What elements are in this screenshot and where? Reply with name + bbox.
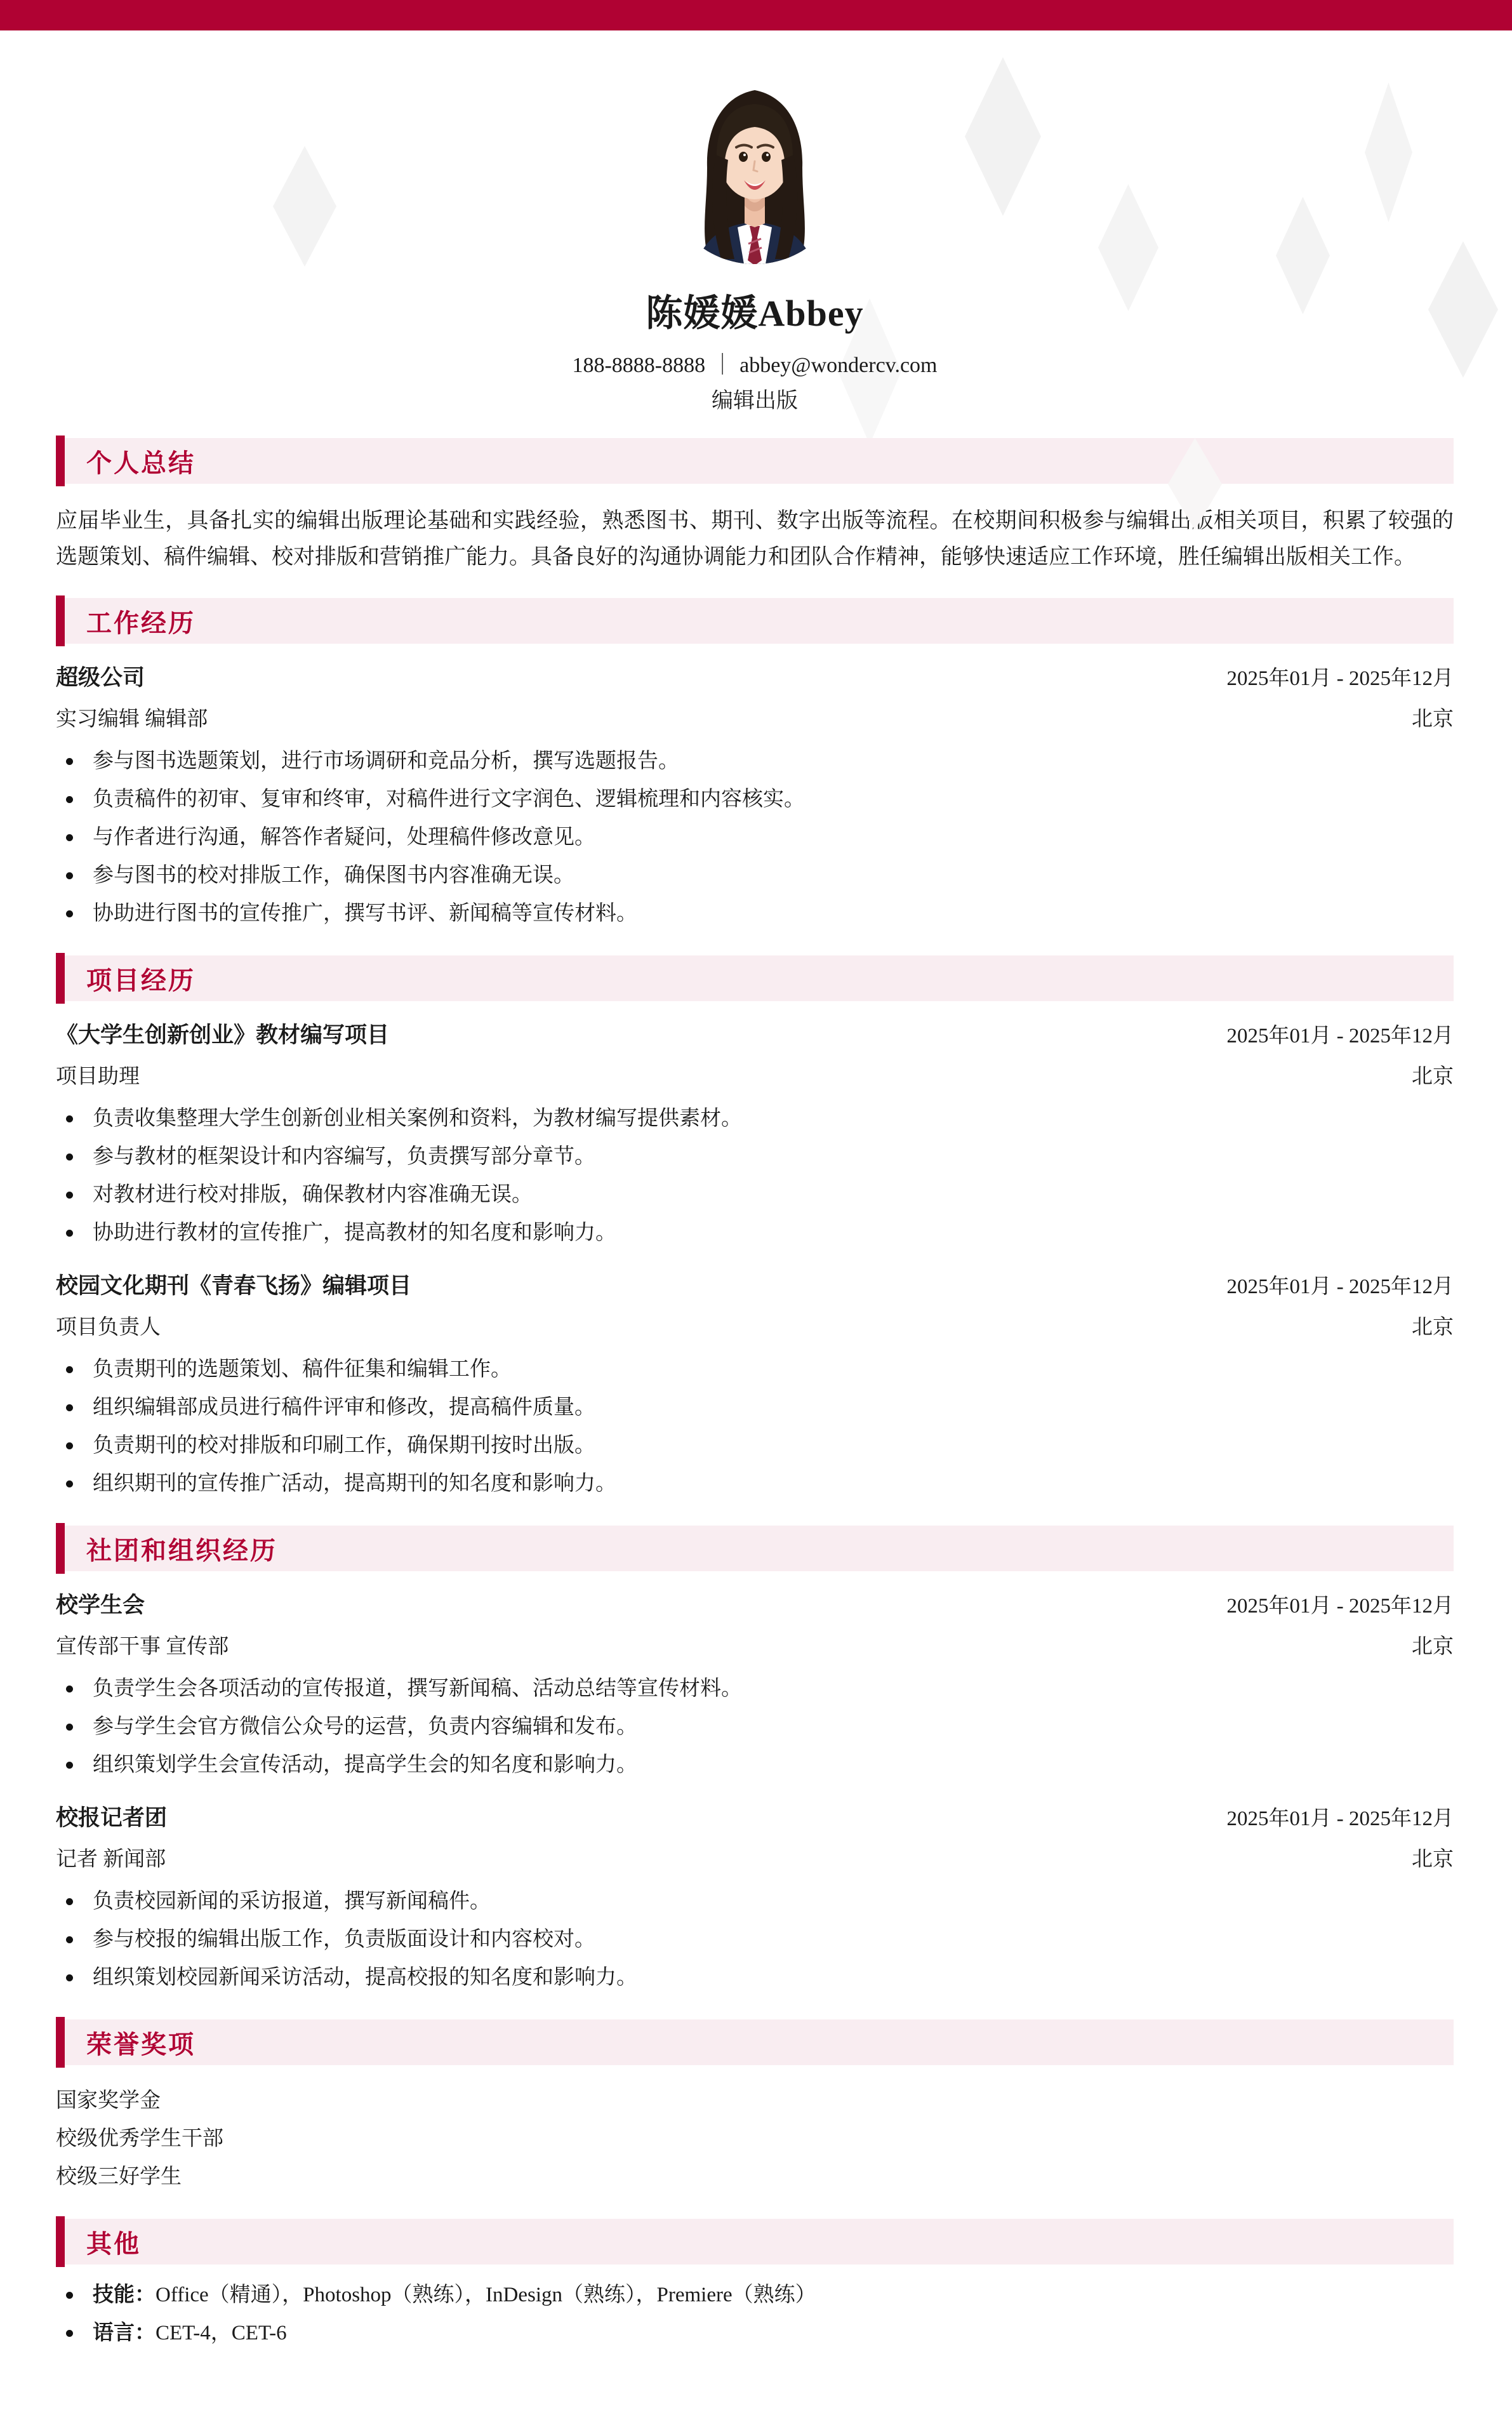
bullet-text: Office（精通），Photoshop（熟练），InDesign（熟练），Pr… — [156, 2284, 816, 2306]
labeled-bullet-item: 语言：CET-4，CET-6 — [56, 2314, 1454, 2352]
resume-section: 个人总结 应届毕业生，具备扎实的编辑出版理论基础和实践经验，熟悉图书、期刊、数字… — [56, 438, 1454, 575]
bullet-item: 与作者进行沟通，解答作者疑问，处理稿件修改意见。 — [56, 818, 1454, 856]
bullet-dot — [66, 1480, 73, 1487]
entry-date-range: 2025年01月 - 2025年12月 — [1227, 1273, 1454, 1301]
section-title: 个人总结 — [56, 443, 196, 479]
entry-location: 北京 — [1412, 705, 1454, 733]
entry-sub-row: 宣传部干事 宣传部 北京 — [56, 1633, 1454, 1661]
experience-entry: 校学生会 2025年01月 - 2025年12月 宣传部干事 宣传部 北京 — [56, 1592, 1454, 1784]
bullet-item: 参与学生会官方微信公众号的运营，负责内容编辑和发布。 — [56, 1708, 1454, 1746]
entry-date-range: 2025年01月 - 2025年12月 — [1227, 1592, 1454, 1620]
entry-head-row: 校报记者团 2025年01月 - 2025年12月 — [56, 1804, 1454, 1833]
summary-paragraph: 应届毕业生，具备扎实的编辑出版理论基础和实践经验，熟悉图书、期刊、数字出版等流程… — [56, 503, 1454, 575]
bullet-text: 负责收集整理大学生创新创业相关案例和资料，为教材编写提供素材。 — [93, 1107, 742, 1130]
section-header: 项目经历 — [56, 955, 1454, 1001]
email-address: abbey@wondercv.com — [739, 354, 937, 377]
section-accent-bar — [56, 2216, 65, 2267]
entry-sub-row: 项目负责人 北京 — [56, 1313, 1454, 1341]
bullet-item: 参与图书的校对排版工作，确保图书内容准确无误。 — [56, 856, 1454, 894]
bullet-item: 组织策划校园新闻采访活动，提高校报的知名度和影响力。 — [56, 1959, 1454, 1997]
entry-head-row: 《大学生创新创业》教材编写项目 2025年01月 - 2025年12月 — [56, 1021, 1454, 1050]
bullet-text: 协助进行图书的宣传推广，撰写书评、新闻稿等宣传材料。 — [93, 902, 637, 925]
bullet-text: 与作者进行沟通，解答作者疑问，处理稿件修改意见。 — [93, 826, 595, 849]
job-target: 编辑出版 — [56, 387, 1454, 415]
bullet-dot — [66, 1686, 73, 1692]
section-title: 其他 — [56, 2224, 141, 2260]
bullet-item: 负责收集整理大学生创新创业相关案例和资料，为教材编写提供素材。 — [56, 1100, 1454, 1138]
entry-head-row: 校园文化期刊《青春飞扬》编辑项目 2025年01月 - 2025年12月 — [56, 1272, 1454, 1301]
bullet-item: 协助进行教材的宣传推广，提高教材的知名度和影响力。 — [56, 1214, 1454, 1252]
bullet-dot — [66, 1724, 73, 1731]
section-title: 工作经历 — [56, 603, 196, 639]
honor-list: 国家奖学金校级优秀学生干部校级三好学生 — [56, 2082, 1454, 2196]
bullet-text: 协助进行教材的宣传推广，提高教材的知名度和影响力。 — [93, 1221, 616, 1244]
entry-title: 校园文化期刊《青春飞扬》编辑项目 — [56, 1272, 411, 1300]
contact-line: 188-8888-8888｜abbey@wondercv.com — [56, 352, 1454, 380]
bullet-text: 参与图书的校对排版工作，确保图书内容准确无误。 — [93, 864, 574, 887]
bullet-item: 负责期刊的选题策划、稿件征集和编辑工作。 — [56, 1350, 1454, 1388]
bullet-item: 参与校报的编辑出版工作，负责版面设计和内容校对。 — [56, 1920, 1454, 1959]
bullet-item: 对教材进行校对排版，确保教材内容准确无误。 — [56, 1176, 1454, 1214]
bullet-dot — [66, 1442, 73, 1449]
section-accent-bar — [56, 953, 65, 1004]
bullet-text: 组织策划校园新闻采访活动，提高校报的知名度和影响力。 — [93, 1966, 637, 1989]
section-header: 其他 — [56, 2219, 1454, 2264]
bullet-list: 参与图书选题策划，进行市场调研和竞品分析，撰写选题报告。 负责稿件的初审、复审和… — [56, 742, 1454, 933]
section-title: 社团和组织经历 — [56, 1531, 277, 1567]
bullet-dot — [66, 1936, 73, 1943]
entries-list: 《大学生创新创业》教材编写项目 2025年01月 - 2025年12月 项目助理… — [56, 1021, 1454, 1503]
bullet-dot — [66, 1154, 73, 1160]
entry-sub-row: 实习编辑 编辑部 北京 — [56, 705, 1454, 733]
bullet-dot — [66, 1762, 73, 1769]
bullet-item: 参与图书选题策划，进行市场调研和竞品分析，撰写选题报告。 — [56, 742, 1454, 780]
phone-number: 188-8888-8888 — [572, 354, 705, 377]
bullet-text: 参与教材的框架设计和内容编写，负责撰写部分章节。 — [93, 1145, 595, 1168]
entry-location: 北京 — [1412, 1845, 1454, 1873]
section-header: 工作经历 — [56, 598, 1454, 644]
entries-list: 校学生会 2025年01月 - 2025年12月 宣传部干事 宣传部 北京 — [56, 1592, 1454, 1997]
section-accent-bar — [56, 595, 65, 646]
honor-line: 校级优秀学生干部 — [56, 2120, 1454, 2158]
entry-role: 宣传部干事 宣传部 — [56, 1633, 229, 1661]
bullet-dot — [66, 910, 73, 917]
bullet-label: 技能： — [93, 2284, 156, 2306]
profile-photo — [663, 80, 847, 264]
entry-role: 实习编辑 编辑部 — [56, 705, 208, 733]
bullet-text: CET-4，CET-6 — [156, 2322, 287, 2344]
entry-date-range: 2025年01月 - 2025年12月 — [1227, 665, 1454, 693]
entry-location: 北京 — [1412, 1633, 1454, 1661]
entry-date-range: 2025年01月 - 2025年12月 — [1227, 1022, 1454, 1050]
entry-title: 《大学生创新创业》教材编写项目 — [56, 1021, 389, 1049]
bullet-text: 负责学生会各项活动的宣传报道，撰写新闻稿、活动总结等宣传材料。 — [93, 1677, 742, 1700]
bullet-item: 组织期刊的宣传推广活动，提高期刊的知名度和影响力。 — [56, 1465, 1454, 1503]
bullet-dot — [66, 1230, 73, 1237]
bullet-dot — [66, 1404, 73, 1411]
experience-entry: 校园文化期刊《青春飞扬》编辑项目 2025年01月 - 2025年12月 项目负… — [56, 1272, 1454, 1503]
labeled-bullet-list: 技能：Office（精通），Photoshop（熟练），InDesign（熟练）… — [56, 2276, 1454, 2352]
bullet-item: 负责期刊的校对排版和印刷工作，确保期刊按时出版。 — [56, 1426, 1454, 1465]
entry-role: 项目负责人 — [56, 1313, 161, 1341]
bullet-item: 负责稿件的初审、复审和终审，对稿件进行文字润色、逻辑梳理和内容核实。 — [56, 780, 1454, 818]
entry-title: 校报记者团 — [56, 1804, 167, 1832]
bullet-list: 负责收集整理大学生创新创业相关案例和资料，为教材编写提供素材。 参与教材的框架设… — [56, 1100, 1454, 1252]
entry-head-row: 校学生会 2025年01月 - 2025年12月 — [56, 1592, 1454, 1620]
entry-date-range: 2025年01月 - 2025年12月 — [1227, 1805, 1454, 1833]
sections-container: 个人总结 应届毕业生，具备扎实的编辑出版理论基础和实践经验，熟悉图书、期刊、数字… — [56, 438, 1454, 2352]
bullet-dot — [66, 1192, 73, 1199]
bullet-text: 负责期刊的选题策划、稿件征集和编辑工作。 — [93, 1358, 512, 1381]
bullet-text: 负责稿件的初审、复审和终审，对稿件进行文字润色、逻辑梳理和内容核实。 — [93, 788, 805, 811]
resume-section: 荣誉奖项 国家奖学金校级优秀学生干部校级三好学生 — [56, 2019, 1454, 2196]
bullet-item: 参与教材的框架设计和内容编写，负责撰写部分章节。 — [56, 1138, 1454, 1176]
section-title: 项目经历 — [56, 961, 196, 997]
section-accent-bar — [56, 436, 65, 486]
section-header: 个人总结 — [56, 438, 1454, 484]
masthead: 陈媛媛Abbey 188-8888-8888｜abbey@wondercv.co… — [56, 80, 1454, 415]
bullet-dot — [66, 1898, 73, 1905]
entry-sub-row: 项目助理 北京 — [56, 1063, 1454, 1091]
entry-location: 北京 — [1412, 1313, 1454, 1341]
bullet-label: 语言： — [93, 2322, 156, 2344]
labeled-bullet-item: 技能：Office（精通），Photoshop（熟练），InDesign（熟练）… — [56, 2276, 1454, 2314]
experience-entry: 超级公司 2025年01月 - 2025年12月 实习编辑 编辑部 北京 — [56, 664, 1454, 933]
bullet-list: 负责学生会各项活动的宣传报道，撰写新闻稿、活动总结等宣传材料。 参与学生会官方微… — [56, 1670, 1454, 1784]
content-column: 陈媛媛Abbey 188-8888-8888｜abbey@wondercv.co… — [0, 0, 1512, 2352]
bullet-text: 负责期刊的校对排版和印刷工作，确保期刊按时出版。 — [93, 1434, 595, 1457]
contact-separator: ｜ — [712, 352, 733, 380]
honor-line: 校级三好学生 — [56, 2158, 1454, 2196]
section-accent-bar — [56, 2017, 65, 2068]
bullet-item: 组织编辑部成员进行稿件评审和修改，提高稿件质量。 — [56, 1388, 1454, 1426]
resume-section: 其他 技能：Office（精通），Photoshop（熟练），InDesign（… — [56, 2219, 1454, 2352]
section-accent-bar — [56, 1523, 65, 1574]
bullet-dot — [66, 872, 73, 879]
bullet-item: 负责校园新闻的采访报道，撰写新闻稿件。 — [56, 1882, 1454, 1920]
experience-entry: 校报记者团 2025年01月 - 2025年12月 记者 新闻部 北京 — [56, 1804, 1454, 1997]
entry-title: 超级公司 — [56, 664, 145, 692]
bullet-text: 参与学生会官方微信公众号的运营，负责内容编辑和发布。 — [93, 1715, 637, 1738]
bullet-list: 负责期刊的选题策划、稿件征集和编辑工作。 组织编辑部成员进行稿件评审和修改，提高… — [56, 1350, 1454, 1503]
bullet-dot — [66, 1115, 73, 1122]
top-accent-bar — [0, 0, 1512, 30]
bullet-text: 参与图书选题策划，进行市场调研和竞品分析，撰写选题报告。 — [93, 750, 679, 773]
bullet-dot — [66, 2330, 73, 2337]
bullet-dot — [66, 2292, 73, 2299]
bullet-dot — [66, 1366, 73, 1373]
section-header: 社团和组织经历 — [56, 1526, 1454, 1571]
bullet-text: 组织策划学生会宣传活动，提高学生会的知名度和影响力。 — [93, 1753, 637, 1776]
honor-line: 国家奖学金 — [56, 2082, 1454, 2120]
bullet-text: 组织期刊的宣传推广活动，提高期刊的知名度和影响力。 — [93, 1472, 616, 1495]
bullet-dot — [66, 1974, 73, 1981]
entry-sub-row: 记者 新闻部 北京 — [56, 1845, 1454, 1873]
bullet-text: 对教材进行校对排版，确保教材内容准确无误。 — [93, 1183, 533, 1206]
portrait-illustration — [663, 80, 847, 264]
resume-section: 社团和组织经历 校学生会 2025年01月 - 2025年12月 宣传部 — [56, 1526, 1454, 1997]
experience-entry: 《大学生创新创业》教材编写项目 2025年01月 - 2025年12月 项目助理… — [56, 1021, 1454, 1252]
bullet-text: 参与校报的编辑出版工作，负责版面设计和内容校对。 — [93, 1928, 595, 1951]
bullet-item: 负责学生会各项活动的宣传报道，撰写新闻稿、活动总结等宣传材料。 — [56, 1670, 1454, 1708]
entry-location: 北京 — [1412, 1063, 1454, 1091]
bullet-item: 协助进行图书的宣传推广，撰写书评、新闻稿等宣传材料。 — [56, 894, 1454, 933]
resume-section: 项目经历 《大学生创新创业》教材编写项目 2025年01月 - 2025年12月 — [56, 955, 1454, 1503]
entry-role: 记者 新闻部 — [56, 1845, 166, 1873]
bullet-dot — [66, 834, 73, 841]
bullet-list: 负责校园新闻的采访报道，撰写新闻稿件。 参与校报的编辑出版工作，负责版面设计和内… — [56, 1882, 1454, 1997]
entry-role: 项目助理 — [56, 1063, 140, 1091]
entry-title: 校学生会 — [56, 1592, 145, 1619]
candidate-name: 陈媛媛Abbey — [56, 291, 1454, 336]
bullet-text: 负责校园新闻的采访报道，撰写新闻稿件。 — [93, 1890, 491, 1913]
section-title: 荣誉奖项 — [56, 2025, 196, 2061]
resume-section: 工作经历 超级公司 2025年01月 - 2025年12月 实习编辑 编 — [56, 598, 1454, 933]
resume-page: 陈媛媛Abbey 188-8888-8888｜abbey@wondercv.co… — [0, 0, 1512, 2434]
bullet-item: 组织策划学生会宣传活动，提高学生会的知名度和影响力。 — [56, 1746, 1454, 1784]
bullet-text: 组织编辑部成员进行稿件评审和修改，提高稿件质量。 — [93, 1396, 595, 1419]
entry-head-row: 超级公司 2025年01月 - 2025年12月 — [56, 664, 1454, 693]
bullet-dot — [66, 796, 73, 803]
entries-list: 超级公司 2025年01月 - 2025年12月 实习编辑 编辑部 北京 — [56, 664, 1454, 933]
section-header: 荣誉奖项 — [56, 2019, 1454, 2065]
bullet-dot — [66, 758, 73, 765]
